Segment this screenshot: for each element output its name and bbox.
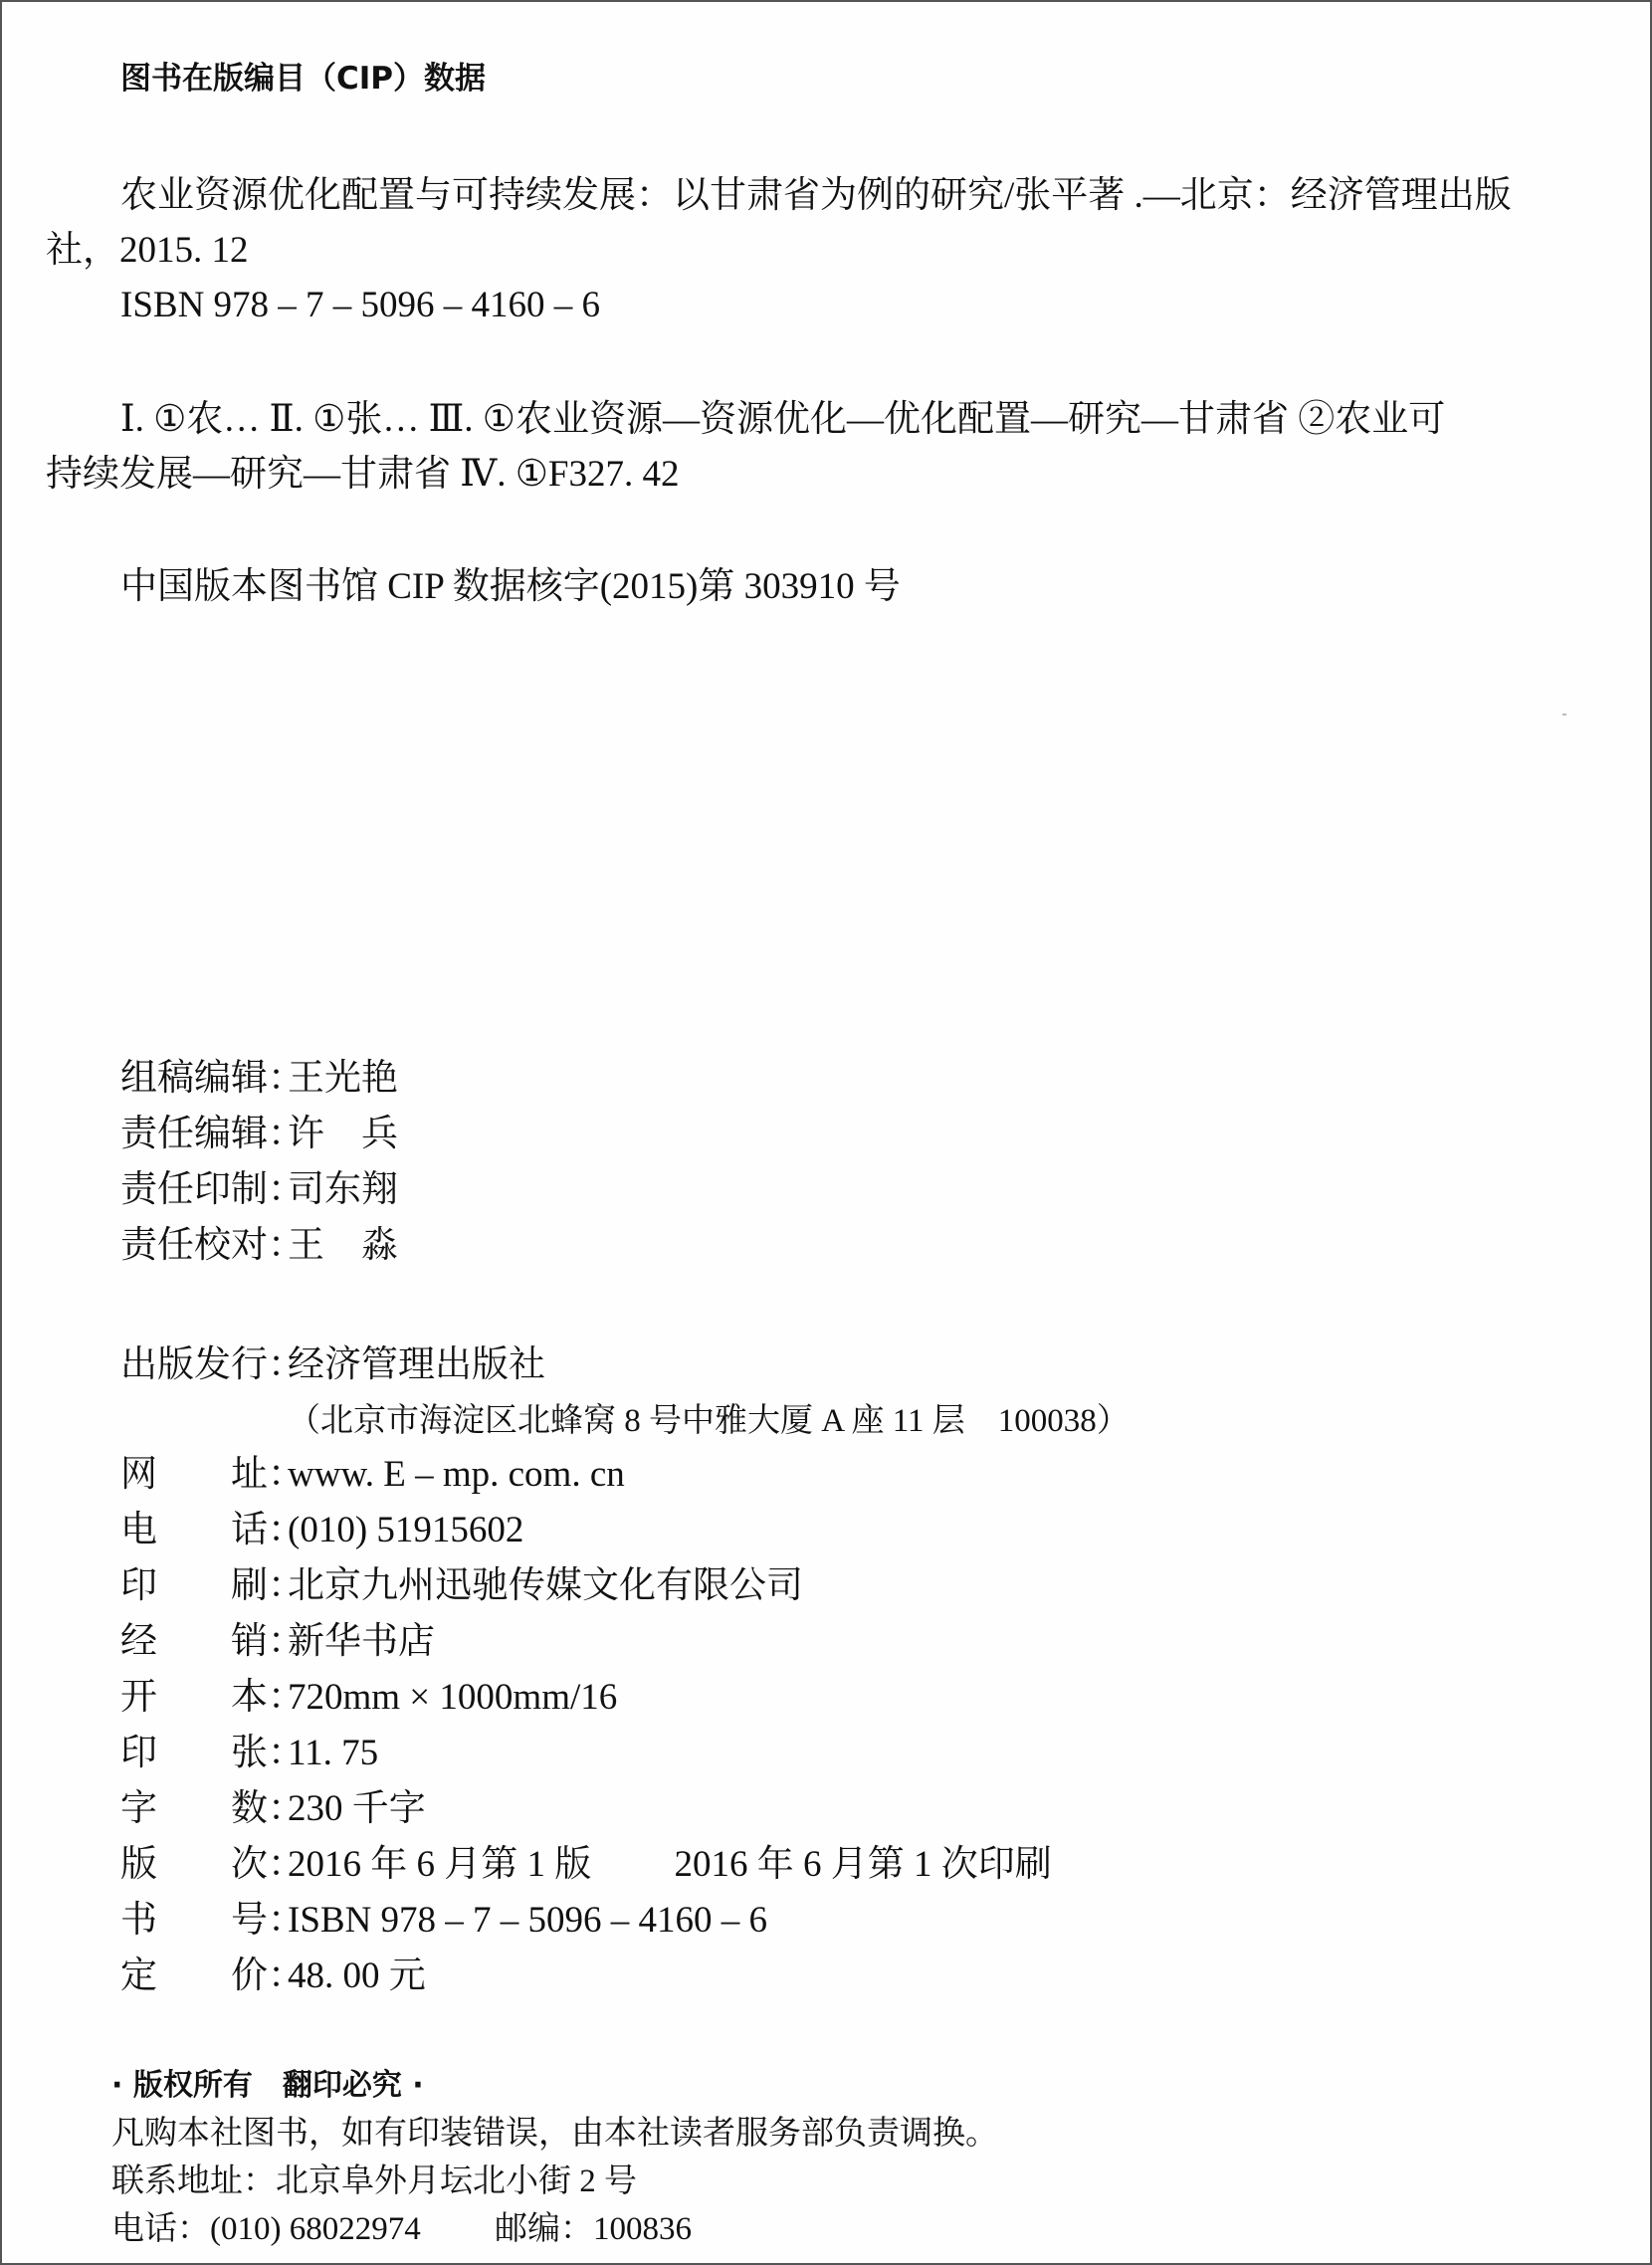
pub-value: 新华书店 <box>288 1621 435 1662</box>
pub-value: 230 千字 <box>288 1788 426 1829</box>
cip-record-number: 中国版本图书馆 CIP 数据核字(2015)第 303910 号 <box>120 565 901 609</box>
pub-value: 北京九州迅驰传媒文化有限公司 <box>288 1565 803 1606</box>
pub-value: (010) 51915602 <box>288 1510 523 1550</box>
pub-row-website: 网 址：www. E – mp. com. cn <box>120 1453 625 1497</box>
editor-label: 责任校对： <box>120 1224 288 1268</box>
editor-row: 责任印制：司东翔 <box>120 1168 398 1212</box>
scan-artifact <box>1562 714 1566 716</box>
pub-value: 2016 年 6 月第 1 版 2016 年 6 月第 1 次印刷 <box>288 1844 1052 1885</box>
publisher-address: （北京市海淀区北蜂窝 8 号中雅大厦 A 座 11 层 100038） <box>288 1399 1130 1443</box>
editor-row: 责任校对：王 淼 <box>120 1224 398 1268</box>
pub-value: 720mm × 1000mm/16 <box>288 1677 617 1718</box>
pub-label: 印 刷： <box>120 1564 288 1608</box>
editor-row: 责任编辑：许 兵 <box>120 1113 398 1156</box>
editor-value: 王 淼 <box>288 1225 398 1266</box>
pub-label: 版 次： <box>120 1843 288 1887</box>
pub-label: 开 本： <box>120 1676 288 1720</box>
publisher-label: 出版发行： <box>120 1343 288 1387</box>
pub-row-printer: 印 刷：北京九州迅驰传媒文化有限公司 <box>120 1564 803 1608</box>
pub-label: 网 址： <box>120 1453 288 1497</box>
pub-value: 48. 00 元 <box>288 1956 426 1996</box>
editor-value: 司东翔 <box>288 1169 398 1210</box>
pub-row-price: 定 价：48. 00 元 <box>120 1955 426 1998</box>
pub-row-format: 开 本：720mm × 1000mm/16 <box>120 1676 617 1720</box>
pub-row-sheets: 印 张：11. 75 <box>120 1732 378 1775</box>
pub-value: ISBN 978 – 7 – 5096 – 4160 – 6 <box>288 1900 767 1941</box>
copyright-notice: · 版权所有 翻印必究 · <box>111 2064 424 2108</box>
replacement-notice: 凡购本社图书，如有印装错误，由本社读者服务部负责调换。 <box>111 2112 998 2156</box>
contact-phone: 电话：(010) 68022974 邮编：100836 <box>111 2207 692 2251</box>
pub-label: 印 张： <box>120 1732 288 1775</box>
pub-row-edition: 版 次：2016 年 6 月第 1 版 2016 年 6 月第 1 次印刷 <box>120 1843 1052 1887</box>
pub-label: 书 号： <box>120 1899 288 1943</box>
pub-label: 经 销： <box>120 1620 288 1664</box>
editor-label: 组稿编辑： <box>120 1057 288 1101</box>
pub-row-phone: 电 话：(010) 51915602 <box>120 1509 523 1552</box>
cip-title-line-2: 社，2015. 12 <box>46 229 249 273</box>
pub-label: 电 话： <box>120 1509 288 1552</box>
pub-value: www. E – mp. com. cn <box>288 1454 625 1495</box>
cip-classification-line-2: 持续发展—研究—甘肃省 Ⅳ. ①F327. 42 <box>46 453 679 497</box>
editor-value: 许 兵 <box>288 1114 398 1154</box>
contact-address: 联系地址：北京阜外月坛北小街 2 号 <box>111 2160 637 2203</box>
editor-value: 王光艳 <box>288 1058 398 1099</box>
pub-label: 定 价： <box>120 1955 288 1998</box>
publisher-value: 经济管理出版社 <box>288 1344 545 1385</box>
pub-row-word-count: 字 数：230 千字 <box>120 1787 426 1831</box>
editor-label: 责任印制： <box>120 1168 288 1212</box>
pub-row-isbn: 书 号：ISBN 978 – 7 – 5096 – 4160 – 6 <box>120 1899 767 1943</box>
cip-isbn: ISBN 978 – 7 – 5096 – 4160 – 6 <box>120 284 600 327</box>
pub-value: 11. 75 <box>288 1733 378 1773</box>
cip-classification-line-1: Ⅰ. ①农… Ⅱ. ①张… Ⅲ. ①农业资源—资源优化—优化配置—研究—甘肃省 … <box>120 398 1445 442</box>
publisher-row: 出版发行：经济管理出版社 <box>120 1343 545 1387</box>
editor-row: 组稿编辑：王光艳 <box>120 1057 398 1101</box>
cip-heading: 图书在版编目（CIP）数据 <box>120 57 486 101</box>
pub-label: 字 数： <box>120 1787 288 1831</box>
cip-title-line-1: 农业资源优化配置与可持续发展：以甘肃省为例的研究/张平著 .—北京：经济管理出版 <box>120 174 1512 218</box>
pub-row-distributor: 经 销：新华书店 <box>120 1620 435 1664</box>
editor-label: 责任编辑： <box>120 1113 288 1156</box>
copyright-page: 图书在版编目（CIP）数据 农业资源优化配置与可持续发展：以甘肃省为例的研究/张… <box>0 0 1652 2265</box>
